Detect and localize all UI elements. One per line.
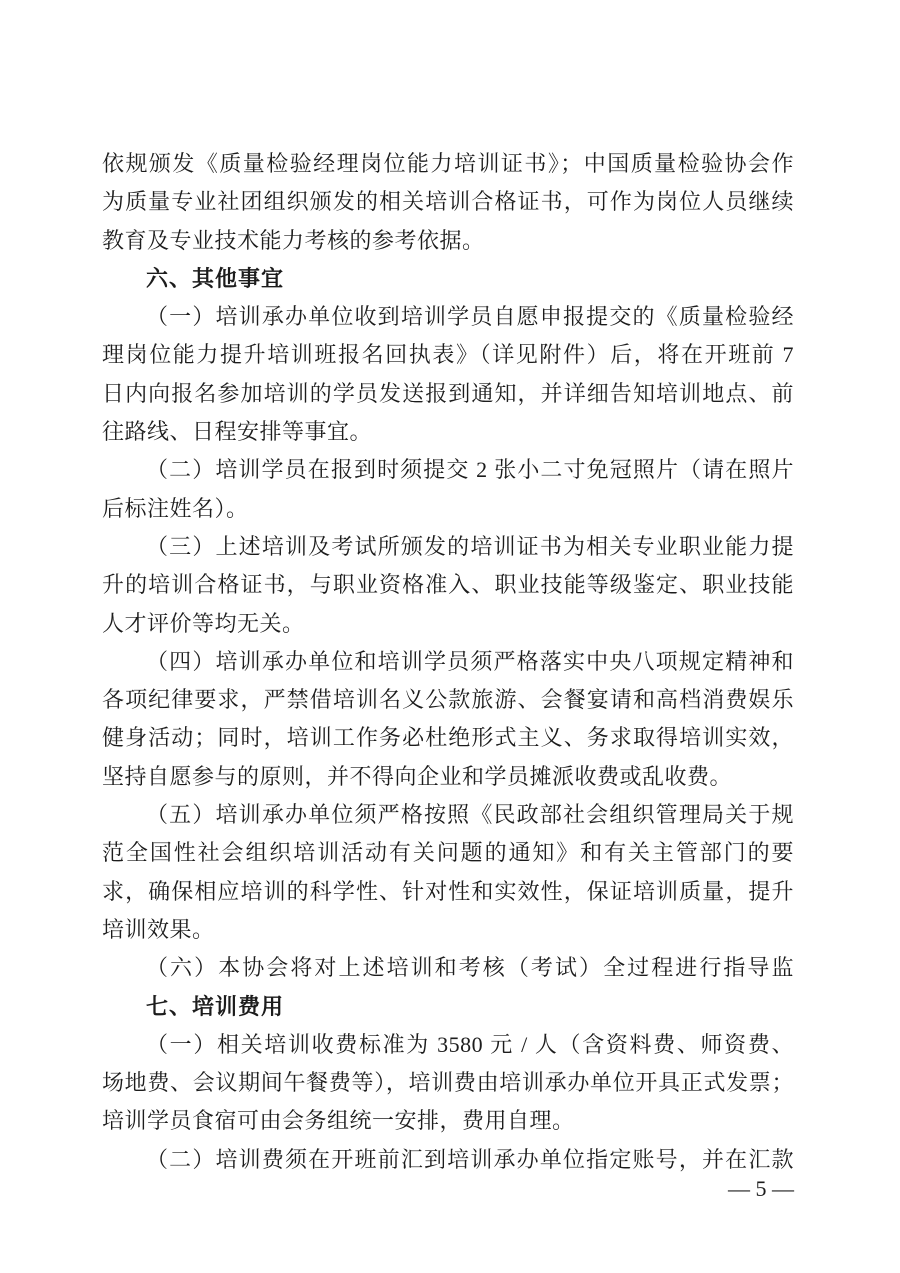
section-heading: 七、培训费用 bbox=[102, 988, 794, 1026]
text-line: （五）培训承办单位须严格按照《民政部社会组织管理局关于规 bbox=[102, 796, 794, 834]
text-line: 培训效果。 bbox=[102, 911, 794, 949]
text-line: （一）培训承办单位收到培训学员自愿申报提交的《质量检验经 bbox=[102, 298, 794, 336]
text-line: 后标注姓名）。 bbox=[102, 490, 794, 528]
text-line: 求，确保相应培训的科学性、针对性和实效性，保证培训质量，提升 bbox=[102, 873, 794, 911]
text-line: （二）培训费须在开班前汇到培训承办单位指定账号，并在汇款 bbox=[102, 1141, 794, 1179]
text-line: 坚持自愿参与的原则，并不得向企业和学员摊派收费或乱收费。 bbox=[102, 758, 794, 796]
text-line: 培训学员食宿可由会务组统一安排，费用自理。 bbox=[102, 1102, 794, 1140]
text-line: （二）培训学员在报到时须提交 2 张小二寸免冠照片（请在照片 bbox=[102, 451, 794, 489]
text-line: 日内向报名参加培训的学员发送报到通知，并详细告知培训地点、前 bbox=[102, 375, 794, 413]
text-line: 理岗位能力提升培训班报名回执表》（详见附件）后，将在开班前 7 bbox=[102, 336, 794, 374]
text-line: （一）相关培训收费标准为 3580 元 / 人（含资料费、师资费、 bbox=[102, 1026, 794, 1064]
text-line: 健身活动；同时，培训工作务必杜绝形式主义、务求取得培训实效， bbox=[102, 719, 794, 757]
page-number: — 5 — bbox=[102, 1176, 794, 1202]
document-page: 依规颁发《质量检验经理岗位能力培训证书》；中国质量检验协会作为质量专业社团组织颁… bbox=[0, 0, 900, 1273]
text-line: 教育及专业技术能力考核的参考依据。 bbox=[102, 222, 794, 260]
text-line: 依规颁发《质量检验经理岗位能力培训证书》；中国质量检验协会作 bbox=[102, 145, 794, 183]
text-line: 升的培训合格证书，与职业资格准入、职业技能等级鉴定、职业技能 bbox=[102, 566, 794, 604]
text-line: 范全国性社会组织培训活动有关问题的通知》和有关主管部门的要 bbox=[102, 834, 794, 872]
text-line: （六）本协会将对上述培训和考核（考试）全过程进行指导监督。 bbox=[102, 949, 794, 987]
section-heading: 六、其他事宜 bbox=[102, 260, 794, 298]
text-line: 往路线、日程安排等事宜。 bbox=[102, 413, 794, 451]
text-line: （四）培训承办单位和培训学员须严格落实中央八项规定精神和 bbox=[102, 643, 794, 681]
text-line: 人才评价等均无关。 bbox=[102, 605, 794, 643]
text-line: 为质量专业社团组织颁发的相关培训合格证书，可作为岗位人员继续 bbox=[102, 183, 794, 221]
text-line: （三）上述培训及考试所颁发的培训证书为相关专业职业能力提 bbox=[102, 528, 794, 566]
text-line: 各项纪律要求，严禁借培训名义公款旅游、会餐宴请和高档消费娱乐 bbox=[102, 681, 794, 719]
document-body: 依规颁发《质量检验经理岗位能力培训证书》；中国质量检验协会作为质量专业社团组织颁… bbox=[102, 145, 794, 1179]
text-line: 场地费、会议期间午餐费等），培训费由培训承办单位开具正式发票； bbox=[102, 1064, 794, 1102]
